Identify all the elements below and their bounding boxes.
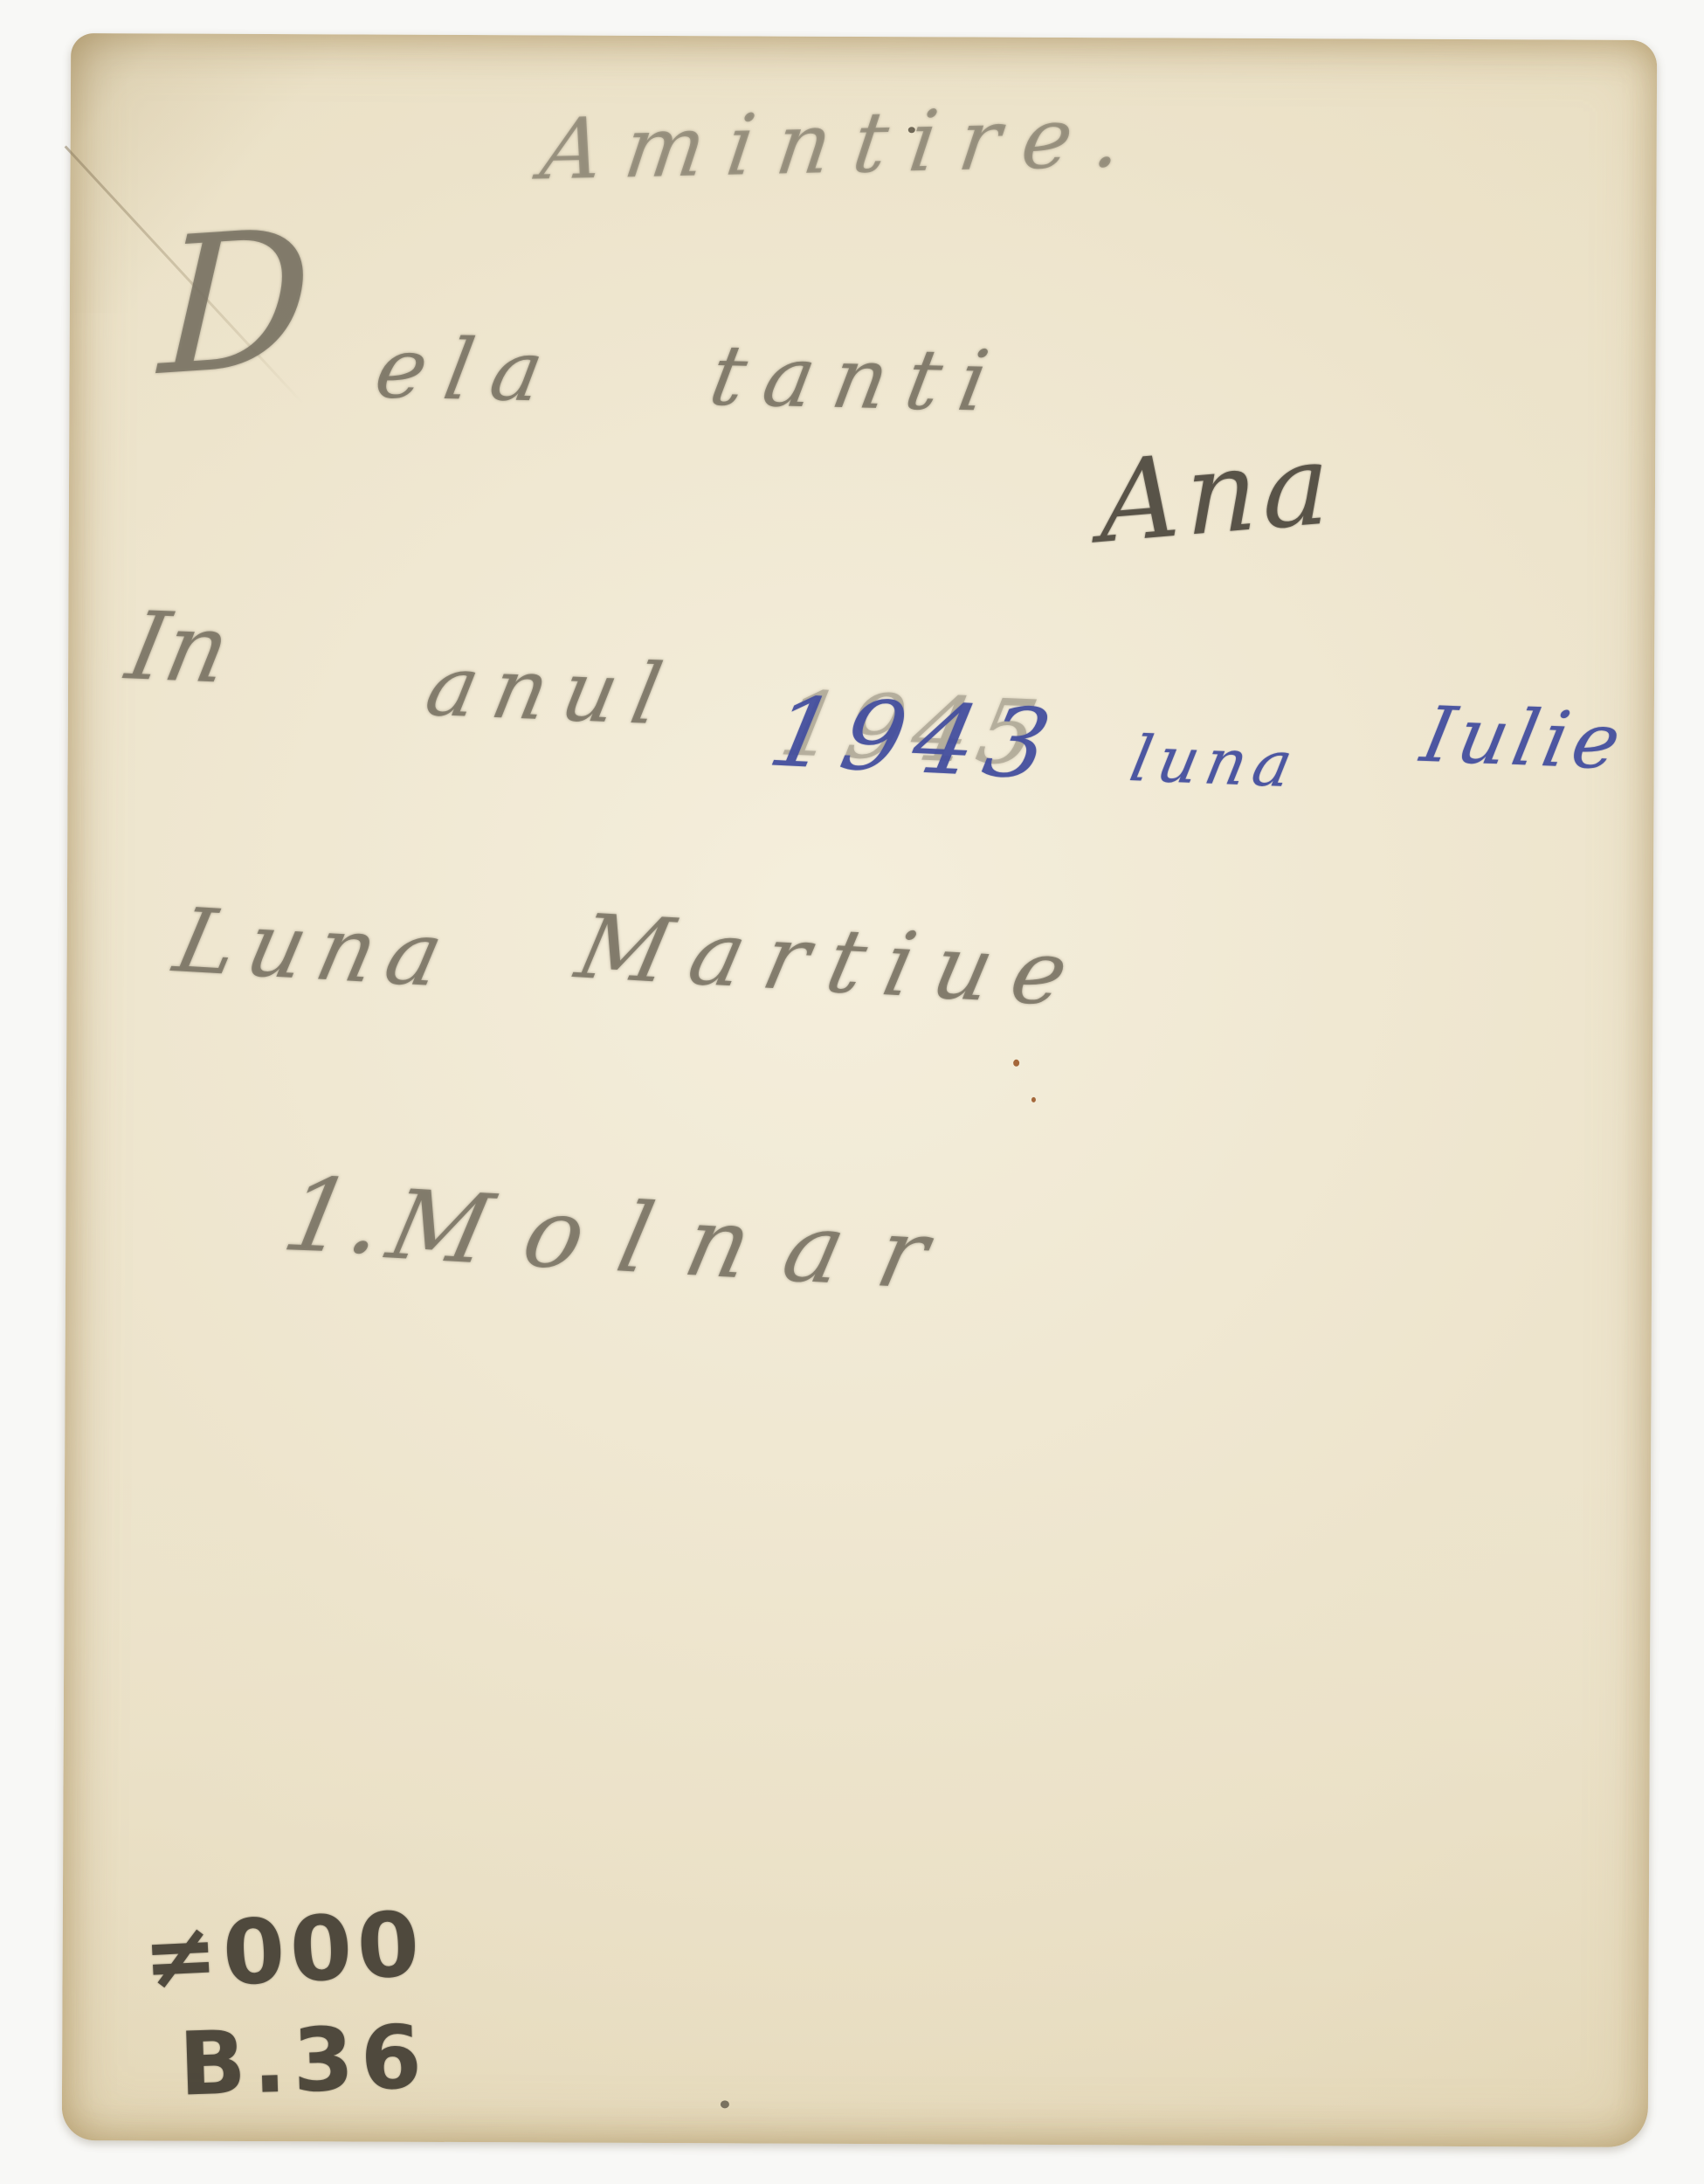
handwritten-year-ink: 1943 — [762, 684, 1068, 793]
handwritten-title: Amintire. — [536, 94, 1149, 191]
handwritten-name-ana: Ana — [1100, 428, 1335, 560]
photo-back-paper: Amintire. D ela tanti Ana In anul 1945 1… — [62, 33, 1658, 2147]
paper-speck — [1013, 1060, 1019, 1067]
handwritten-iulie-ink: Iulie — [1416, 696, 1632, 780]
paper-speck — [721, 2100, 729, 2108]
handwritten-anul: anul — [420, 644, 684, 736]
paper-speck — [1031, 1097, 1036, 1102]
handwritten-signature-name: Molnar — [381, 1177, 973, 1304]
handwritten-initial-d: D — [157, 204, 315, 402]
archive-mark-number: ≠000 — [141, 1900, 426, 2002]
archive-mark-code: B.36 — [178, 2014, 430, 2109]
handwritten-in: In — [121, 600, 237, 698]
handwritten-martiue: Martiue — [569, 903, 1096, 1020]
handwritten-luna: Luna — [168, 897, 462, 1001]
handwritten-luna-ink: luna — [1126, 727, 1305, 796]
handwritten-signature-prefix: 1. — [276, 1165, 393, 1270]
handwritten-dedication: ela tanti — [369, 326, 1013, 423]
scan-canvas: Amintire. D ela tanti Ana In anul 1945 1… — [0, 0, 1704, 2184]
